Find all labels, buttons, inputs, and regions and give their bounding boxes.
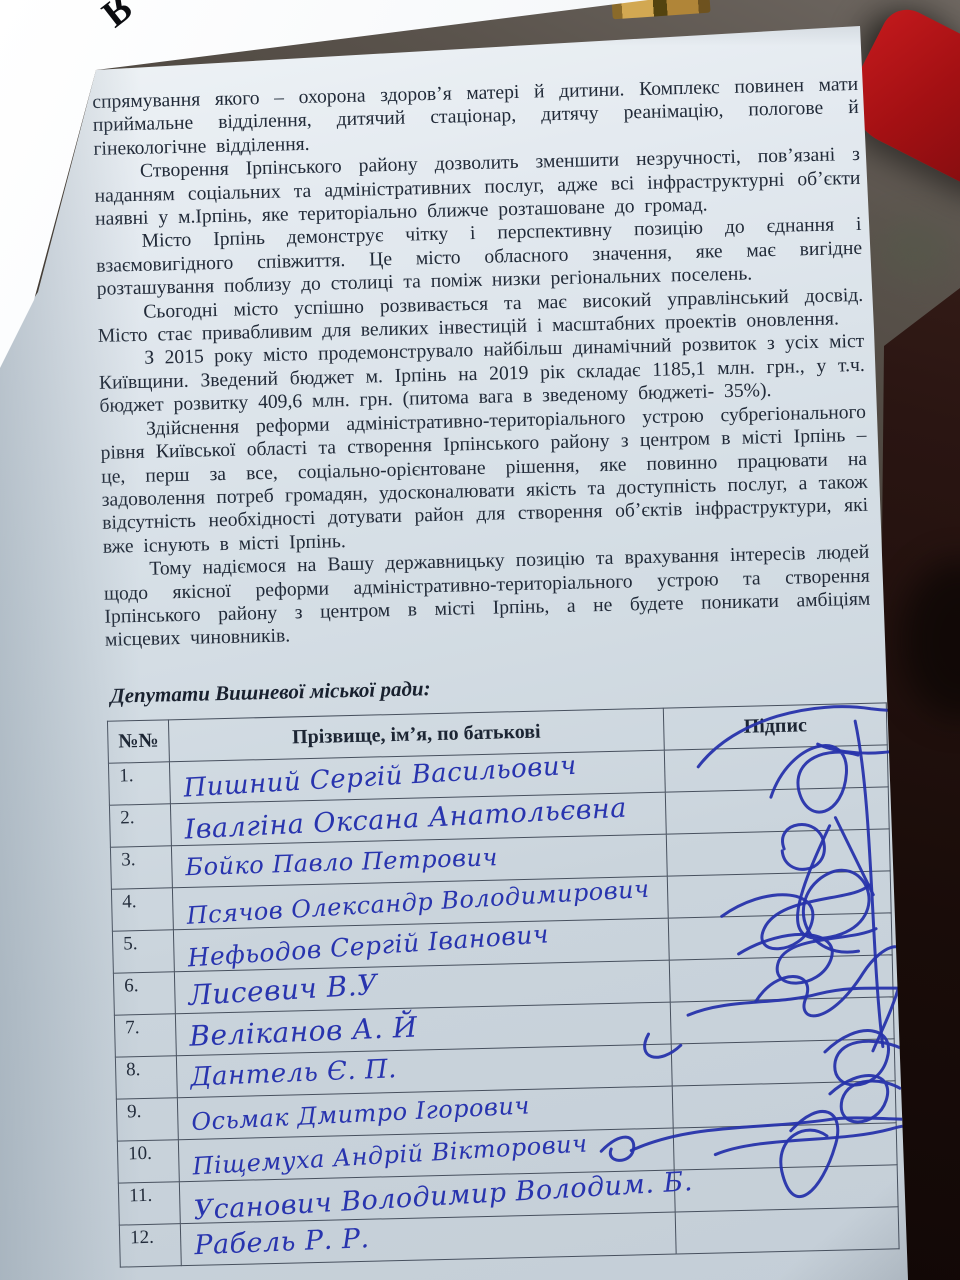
floor-texture — [880, 220, 950, 280]
paragraph: Здійснення реформи адміністративно-терит… — [100, 401, 869, 559]
row-number: 6. — [113, 972, 175, 1015]
paper-page: спрямування якого – охорона здоров’я мат… — [0, 0, 960, 1280]
document-content: спрямування якого – охорона здоров’я мат… — [92, 73, 886, 1267]
signature-cell — [667, 871, 891, 918]
row-number: 3. — [110, 846, 172, 889]
row-number: 5. — [112, 930, 174, 973]
signature-cell — [671, 1039, 895, 1086]
signature-cell — [670, 997, 894, 1044]
row-number: 11. — [118, 1181, 180, 1224]
row-number: 1. — [108, 762, 170, 805]
row-number: 4. — [111, 888, 173, 931]
row-number: 8. — [115, 1055, 177, 1098]
signatures-table: №№ Прізвище, ім’я, по батькові Підпис 1.… — [107, 702, 900, 1267]
signature-cell — [675, 1207, 899, 1254]
col-header-signature: Підпис — [663, 703, 887, 750]
binder-clip — [611, 0, 710, 19]
signature-cell — [674, 1165, 898, 1212]
signatures-table-wrap: №№ Прізвище, ім’я, по батькові Підпис 1.… — [107, 702, 886, 1267]
signature-cell — [672, 1081, 896, 1128]
photo-of-document: спрямування якого – охорона здоров’я мат… — [0, 0, 960, 1280]
row-number: 7. — [114, 1013, 176, 1056]
signature-cell — [669, 955, 893, 1002]
col-header-number: №№ — [107, 720, 169, 763]
paragraph: Тому надіємося на Вашу державницьку пози… — [103, 541, 871, 653]
row-number: 9. — [116, 1097, 178, 1140]
row-number: 12. — [119, 1223, 181, 1266]
signature-cell — [664, 745, 888, 792]
signature-cell — [668, 913, 892, 960]
handwritten-name: Бойко Павло Петрович — [173, 843, 498, 881]
handwritten-name: Дантель Є. П. — [178, 1054, 398, 1093]
handwritten-name: Осьмак Дмитро Ігорович — [179, 1092, 531, 1137]
signature-cell — [673, 1123, 897, 1170]
handwritten-name: Лисевич В.У — [176, 968, 379, 1013]
signature-cell — [665, 787, 889, 834]
handwritten-name: Веліканов А. Й — [177, 1010, 418, 1053]
deputies-heading: Депутати Вишневої міської ради: — [110, 664, 872, 708]
handwritten-name: Рабель Р. Р. — [182, 1223, 370, 1262]
row-number: 10. — [117, 1139, 179, 1182]
row-number: 2. — [109, 804, 171, 847]
signature-cell — [666, 829, 890, 876]
